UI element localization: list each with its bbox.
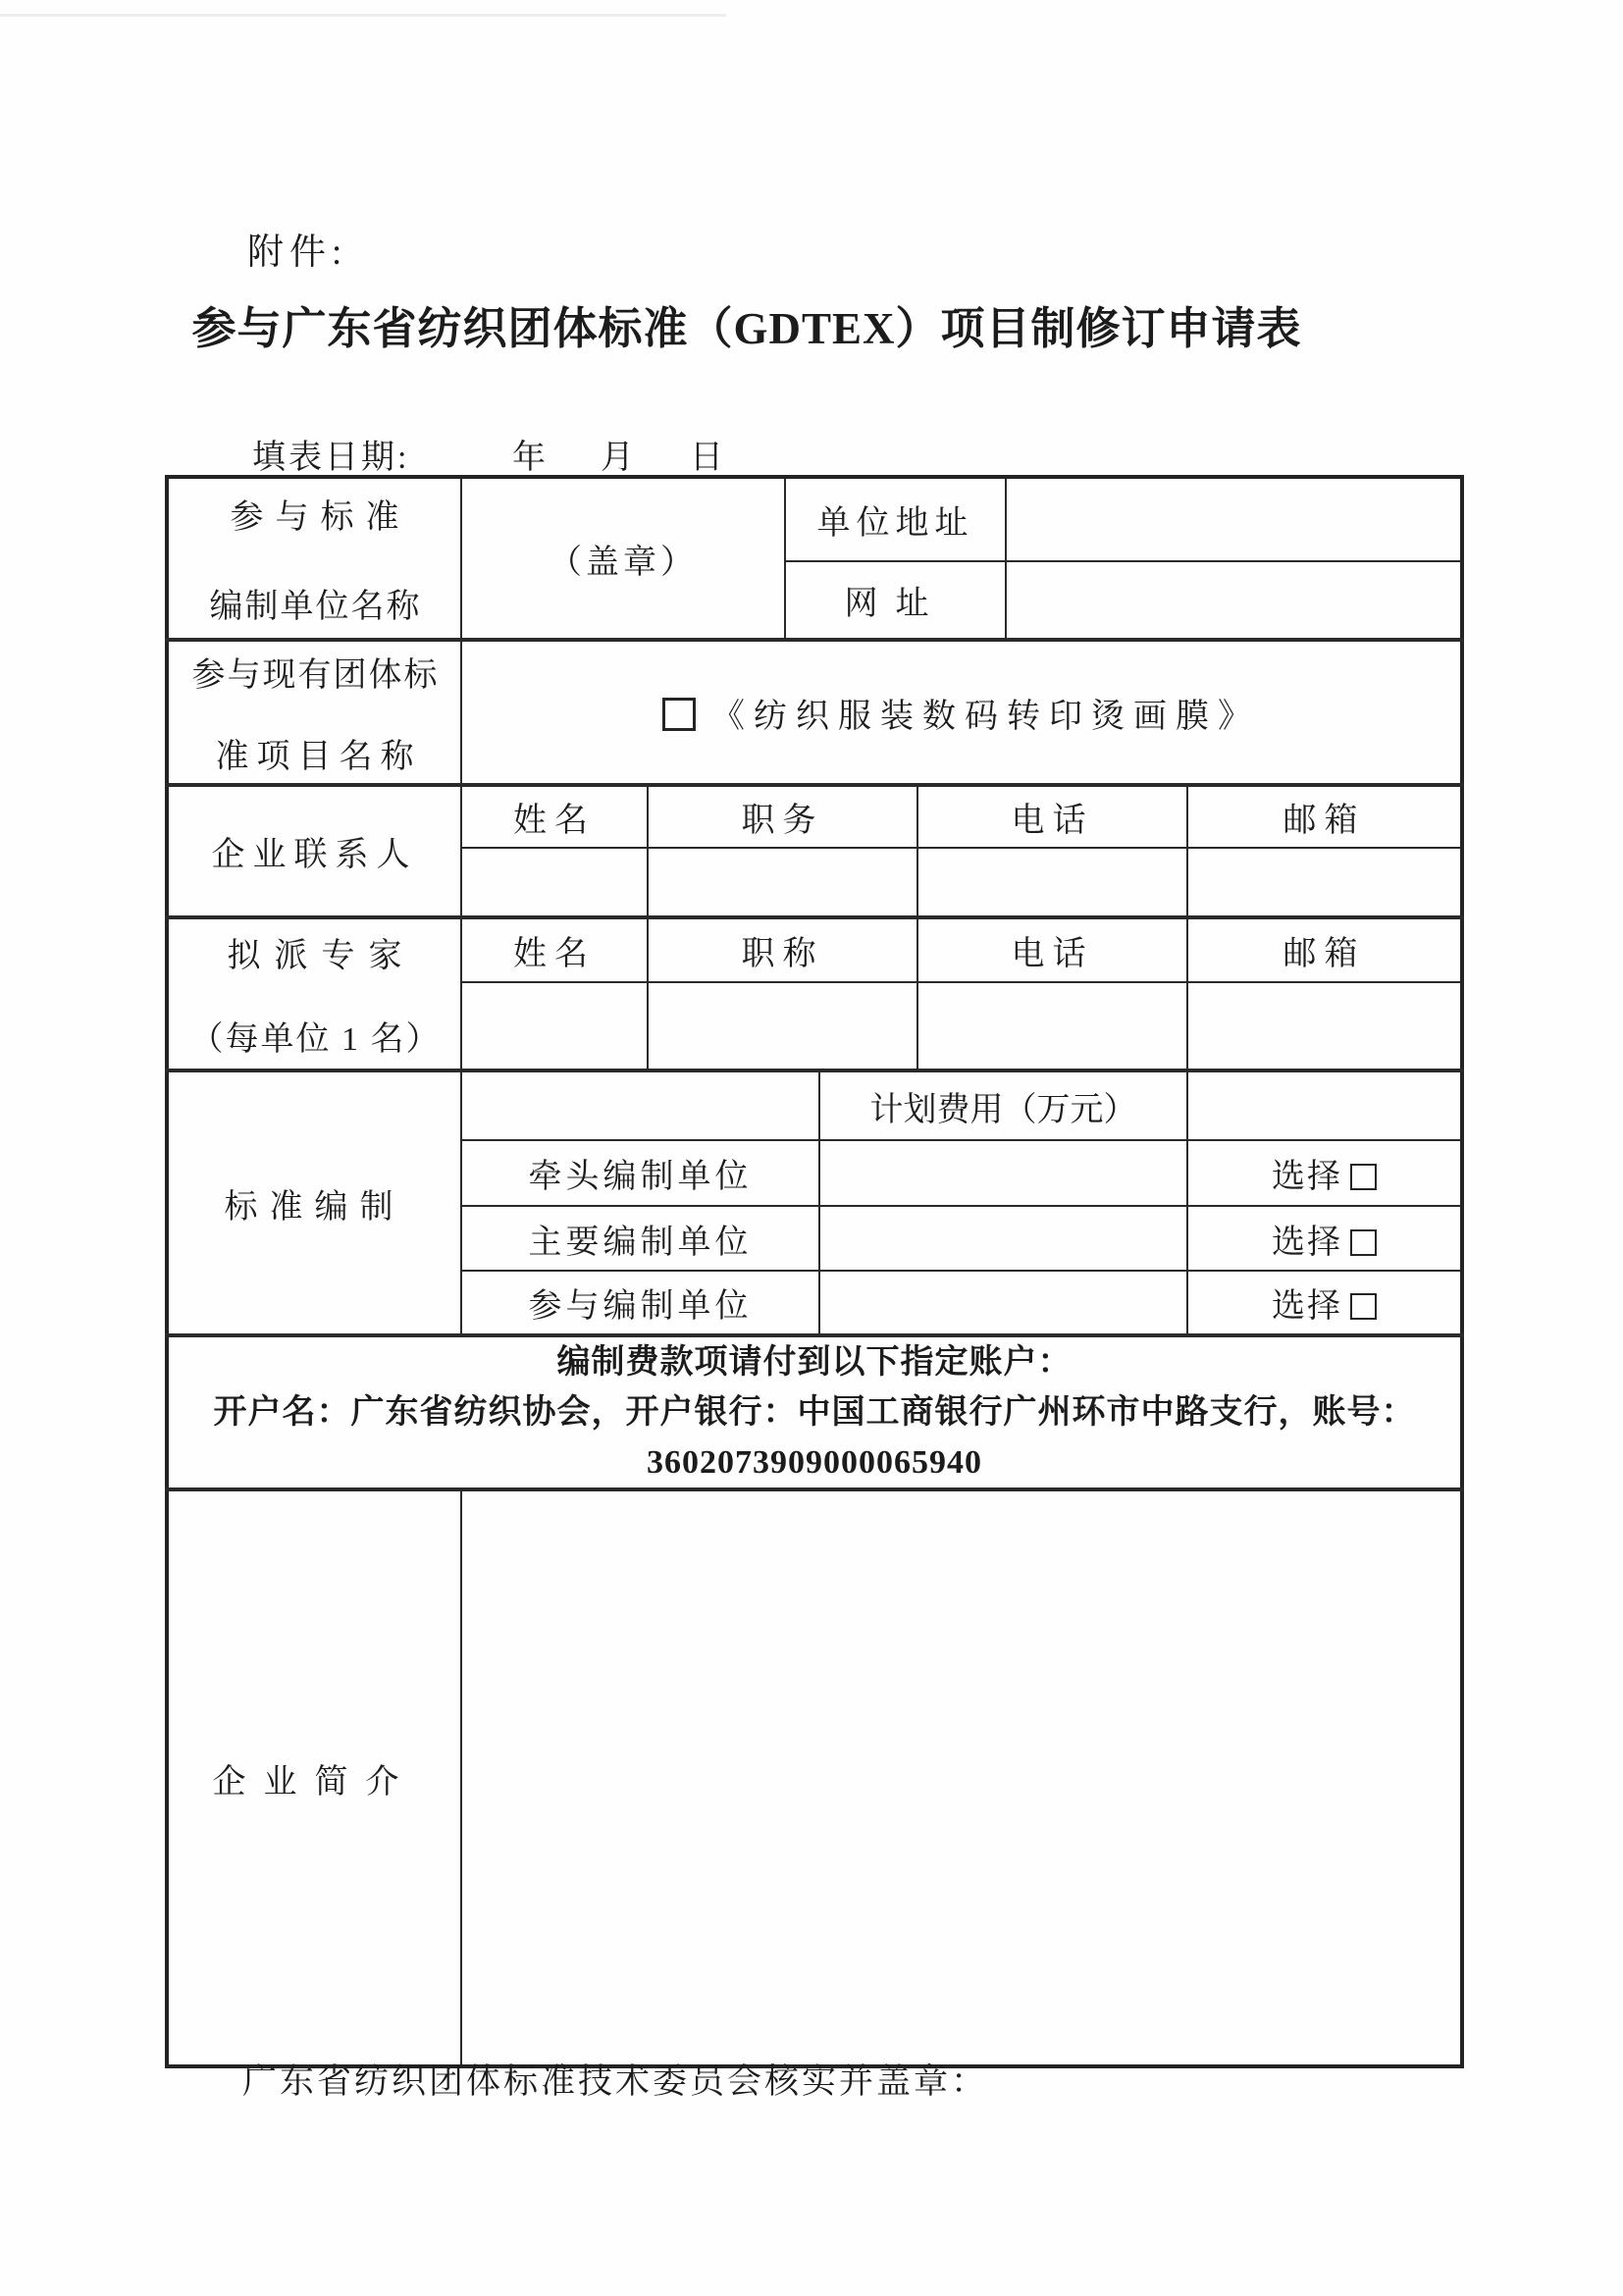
profile-label-cell: 企业简介 [167,1489,461,2066]
role-main-input-cell[interactable] [819,1206,1187,1271]
fee-label: 计划费用（万元） [870,1092,1137,1128]
contact-label: 企业联系人 [212,837,418,873]
expert-label-line1: 拟派专家 [214,928,416,976]
profile-label: 企业简介 [213,1764,417,1800]
compilation-label: 标准编制 [225,1189,405,1226]
seal-note: （盖章） [549,545,698,581]
payment-line1: 编制费款项请付到以下指定账户： [169,1337,1460,1387]
form-page: 附件: 参与广东省纺织团体标准（GDTEX）项目制修订申请表 填表日期: 年 月… [0,0,1623,2296]
contact-name-input[interactable] [461,848,648,917]
website-input-cell[interactable] [1006,561,1462,640]
footer-note: 广东省纺织团体标准技术委员会核实并盖章： [242,2055,988,2104]
address-input-cell[interactable] [1006,477,1462,561]
attachment-label: 附件: [247,222,347,275]
contact-label-cell: 企业联系人 [167,785,461,917]
project-label-line1: 参与现有团体标 [190,648,440,696]
project-label-line2: 准项目名称 [208,729,422,777]
expert-header-name: 姓名 [461,917,648,982]
contact-header-email: 邮箱 [1187,785,1462,848]
role-participate-select-cell: 选择 [1187,1271,1462,1335]
address-label-cell: 单位地址 [785,477,1006,561]
project-title: 《纺织服装数码转印烫画膜》 [711,699,1260,735]
fee-input-cell[interactable] [1187,1070,1462,1140]
page-title: 参与广东省纺织团体标准（GDTEX）项目制修订申请表 [0,292,1558,356]
contact-phone-input[interactable] [917,848,1187,917]
expert-title-input[interactable] [648,982,917,1070]
role-lead-checkbox[interactable] [1350,1164,1377,1190]
role-lead-select-label: 选择 [1272,1159,1342,1195]
contact-header-position: 职务 [648,785,917,848]
website-label-cell: 网址 [785,561,1006,640]
date-year-label: 年 [512,430,546,478]
payment-line2: 开户名：广东省纺织协会，开户银行：中国工商银行广州环市中路支行，账号：36020… [169,1387,1460,1487]
website-label: 网址 [845,586,947,622]
role-main-select-cell: 选择 [1187,1206,1462,1271]
role-participate-select-label: 选择 [1272,1288,1342,1325]
scan-artifact [0,14,726,17]
project-label-cell: 参与现有团体标 准项目名称 [167,640,461,785]
expert-email-input[interactable] [1187,982,1462,1070]
contact-email-input[interactable] [1187,848,1462,917]
expert-label-cell: 拟派专家 （每单位 1 名） [167,917,461,1070]
unit-name-input-cell[interactable]: （盖章） [461,477,785,640]
role-lead-input-cell[interactable] [819,1140,1187,1206]
compilation-label-cell: 标准编制 [167,1070,461,1335]
application-table: 参与标准 编制单位名称 （盖章） 单位地址 网址 参与现有团体标 [165,475,1464,2068]
date-day-label: 日 [690,430,723,478]
expert-header-title: 职称 [648,917,917,982]
role-lead-select-cell: 选择 [1187,1140,1462,1206]
expert-phone-input[interactable] [917,982,1187,1070]
payment-info-cell: 编制费款项请付到以下指定账户： 开户名：广东省纺织协会，开户银行：中国工商银行广… [167,1335,1462,1489]
expert-label-line2: （每单位 1 名） [188,1012,442,1060]
expert-name-input[interactable] [461,982,648,1070]
role-main-label-cell: 主要编制单位 [461,1206,819,1271]
role-lead-label-cell: 牵头编制单位 [461,1140,819,1206]
unit-name-label-line1: 参与标准 [219,490,411,538]
expert-header-email: 邮箱 [1187,917,1462,982]
date-line: 填表日期: 年 月 日 [0,430,1623,479]
project-option-cell: 《纺织服装数码转印烫画膜》 [461,640,1462,785]
date-label: 填表日期: [252,430,409,478]
date-month-label: 月 [601,430,634,478]
role-participate-label-cell: 参与编制单位 [461,1271,819,1335]
profile-input-cell[interactable] [461,1489,1462,2066]
role-participate-checkbox[interactable] [1350,1293,1377,1320]
contact-header-name: 姓名 [461,785,648,848]
compilation-blank-cell [461,1070,819,1140]
role-main-select-label: 选择 [1272,1225,1342,1261]
expert-header-phone: 电话 [917,917,1187,982]
role-participate-input-cell[interactable] [819,1271,1187,1335]
address-label: 单位地址 [817,505,974,542]
unit-name-label-line2: 编制单位名称 [208,579,422,627]
contact-header-phone: 电话 [917,785,1187,848]
fee-label-cell: 计划费用（万元） [819,1070,1187,1140]
contact-position-input[interactable] [648,848,917,917]
project-checkbox[interactable] [662,698,696,731]
role-main-checkbox[interactable] [1350,1229,1377,1256]
unit-name-label-cell: 参与标准 编制单位名称 [167,477,461,640]
